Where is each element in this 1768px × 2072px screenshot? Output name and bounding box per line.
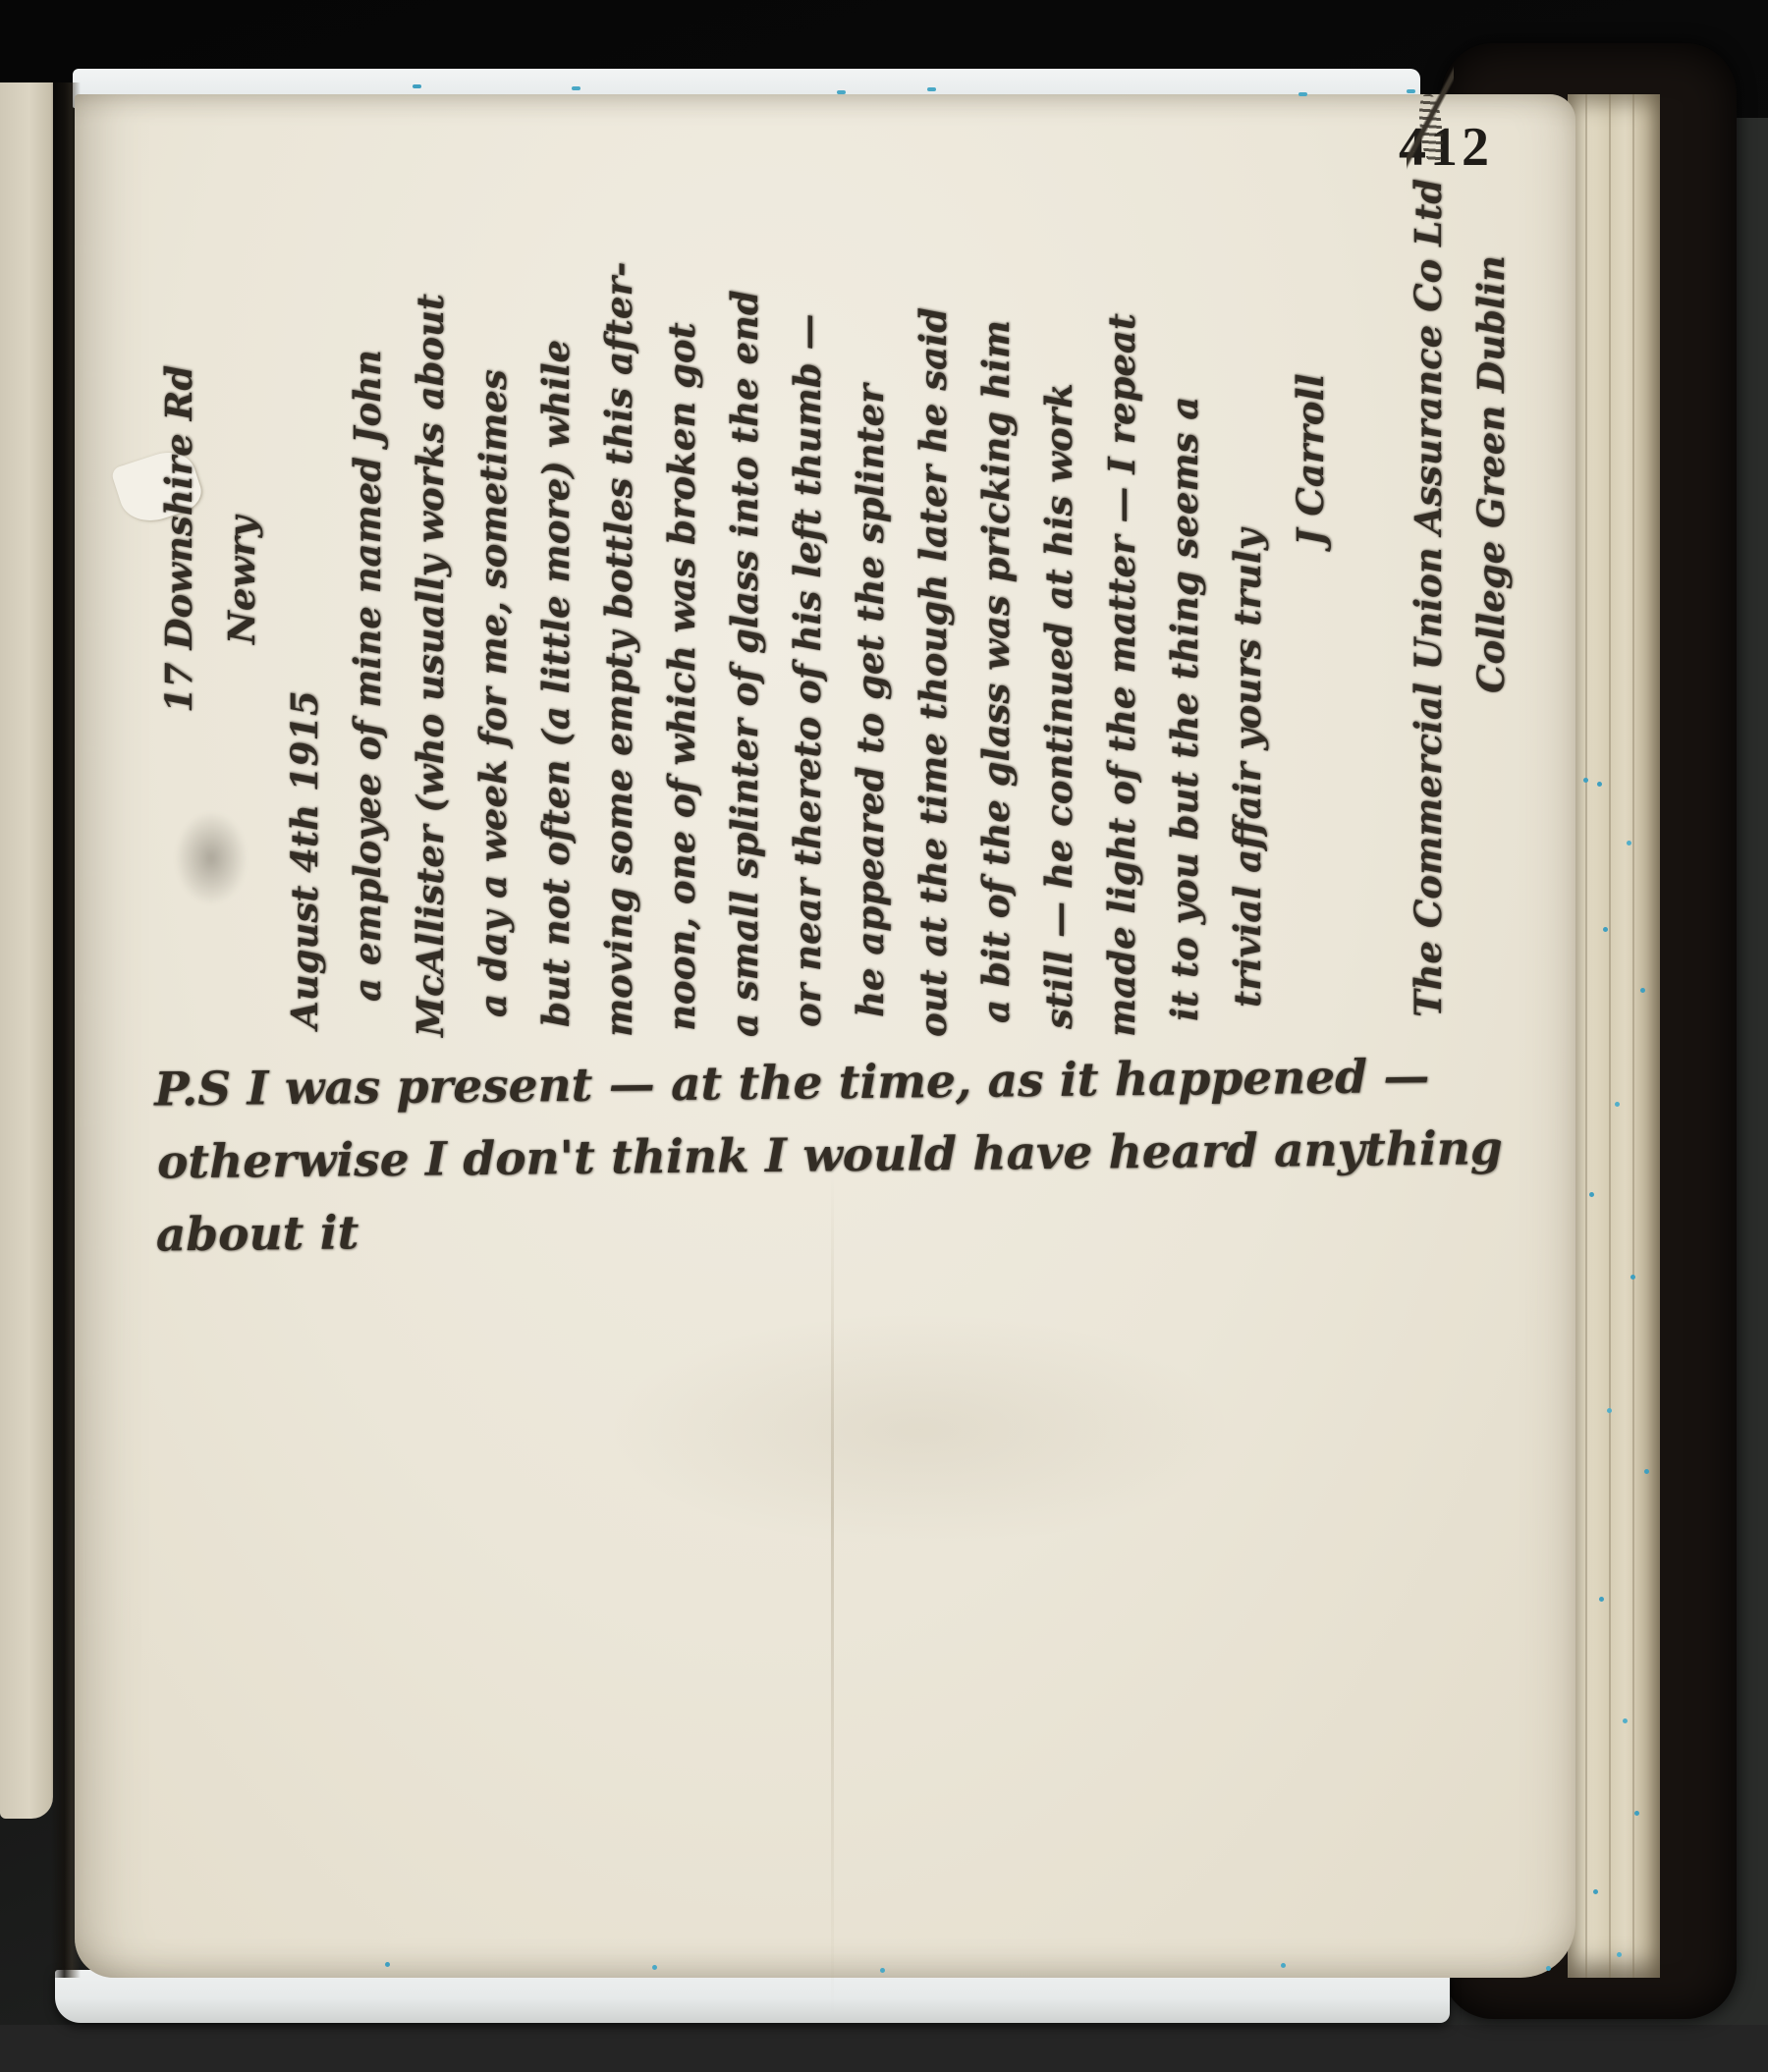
letter-line: out at the time though later he said: [902, 163, 965, 1037]
letter-line: it to you but the thing seems a: [1153, 163, 1216, 1037]
postscript: P.S I was present — at the time, as it h…: [154, 1040, 1561, 1273]
letter-line: noon, one of which was broken got: [650, 163, 713, 1037]
crossed-out-scribble: [1412, 75, 1452, 169]
under-sheet-edge-bottom: [55, 1970, 1450, 2023]
handwritten-letter: 17 Downshire Rd Newry August 4th 1915 a …: [147, 163, 1526, 1037]
photograph-of-manuscript-page: { "page": { "folio_number": "412" }, "le…: [0, 0, 1768, 2072]
letter-line: a employee of mine named John: [336, 163, 399, 1037]
letter-addressee-city: College Green Dublin: [1460, 163, 1522, 1037]
letter-line: but not often (a little more) while: [525, 163, 587, 1037]
postscript-line: otherwise I don't think I would have hea…: [155, 1113, 1561, 1200]
letter-line: still — he continued at his work: [1027, 163, 1090, 1037]
letter-line-address: Newry: [210, 163, 273, 1037]
letter-line: McAllister (who usually works about: [399, 163, 462, 1037]
letter-line: he appeared to get the splinter: [839, 163, 902, 1037]
letter-line: a small splinter of glass into the end: [713, 163, 776, 1037]
paper-crease: [831, 1174, 834, 2019]
letter-addressee: The Commercial Union Assurance Co Ltd: [1397, 163, 1460, 1037]
facing-page-sliver: [0, 82, 53, 1819]
letter-line-address: 17 Downshire Rd: [147, 163, 210, 1037]
letter-line: made light of the matter — I repeat: [1090, 163, 1153, 1037]
blue-speckles-bottom-edge: [385, 1962, 390, 1967]
page-edges-stack: [1568, 94, 1660, 1978]
letter-line: a bit of the glass was pricking him: [965, 163, 1027, 1037]
page-edge-line: [1609, 94, 1611, 1978]
blue-speckles-right-edge: [1583, 778, 1588, 783]
letter-line-closing: trivial affair yours truly: [1216, 163, 1279, 1037]
postscript-line: about it: [155, 1185, 1561, 1273]
letter-line: a day a week for me, sometimes: [462, 163, 525, 1037]
paper-shading: [605, 1312, 1234, 1548]
letter-addressee-text: The Commercial Union Assurance Co Ltd: [1407, 179, 1450, 1017]
letter-line: moving some empty bottles this after-: [587, 163, 650, 1037]
page-edge-line: [1632, 94, 1634, 1978]
background-bottom: [0, 2025, 1768, 2072]
blue-speckles-top-edge: [413, 84, 421, 88]
letter-line: or near thereto of his left thumb —: [776, 163, 839, 1037]
letter-signature: J Carroll: [1279, 163, 1342, 1037]
letter-line-date: August 4th 1915: [273, 163, 336, 1037]
page-edge-line: [1585, 94, 1587, 1978]
